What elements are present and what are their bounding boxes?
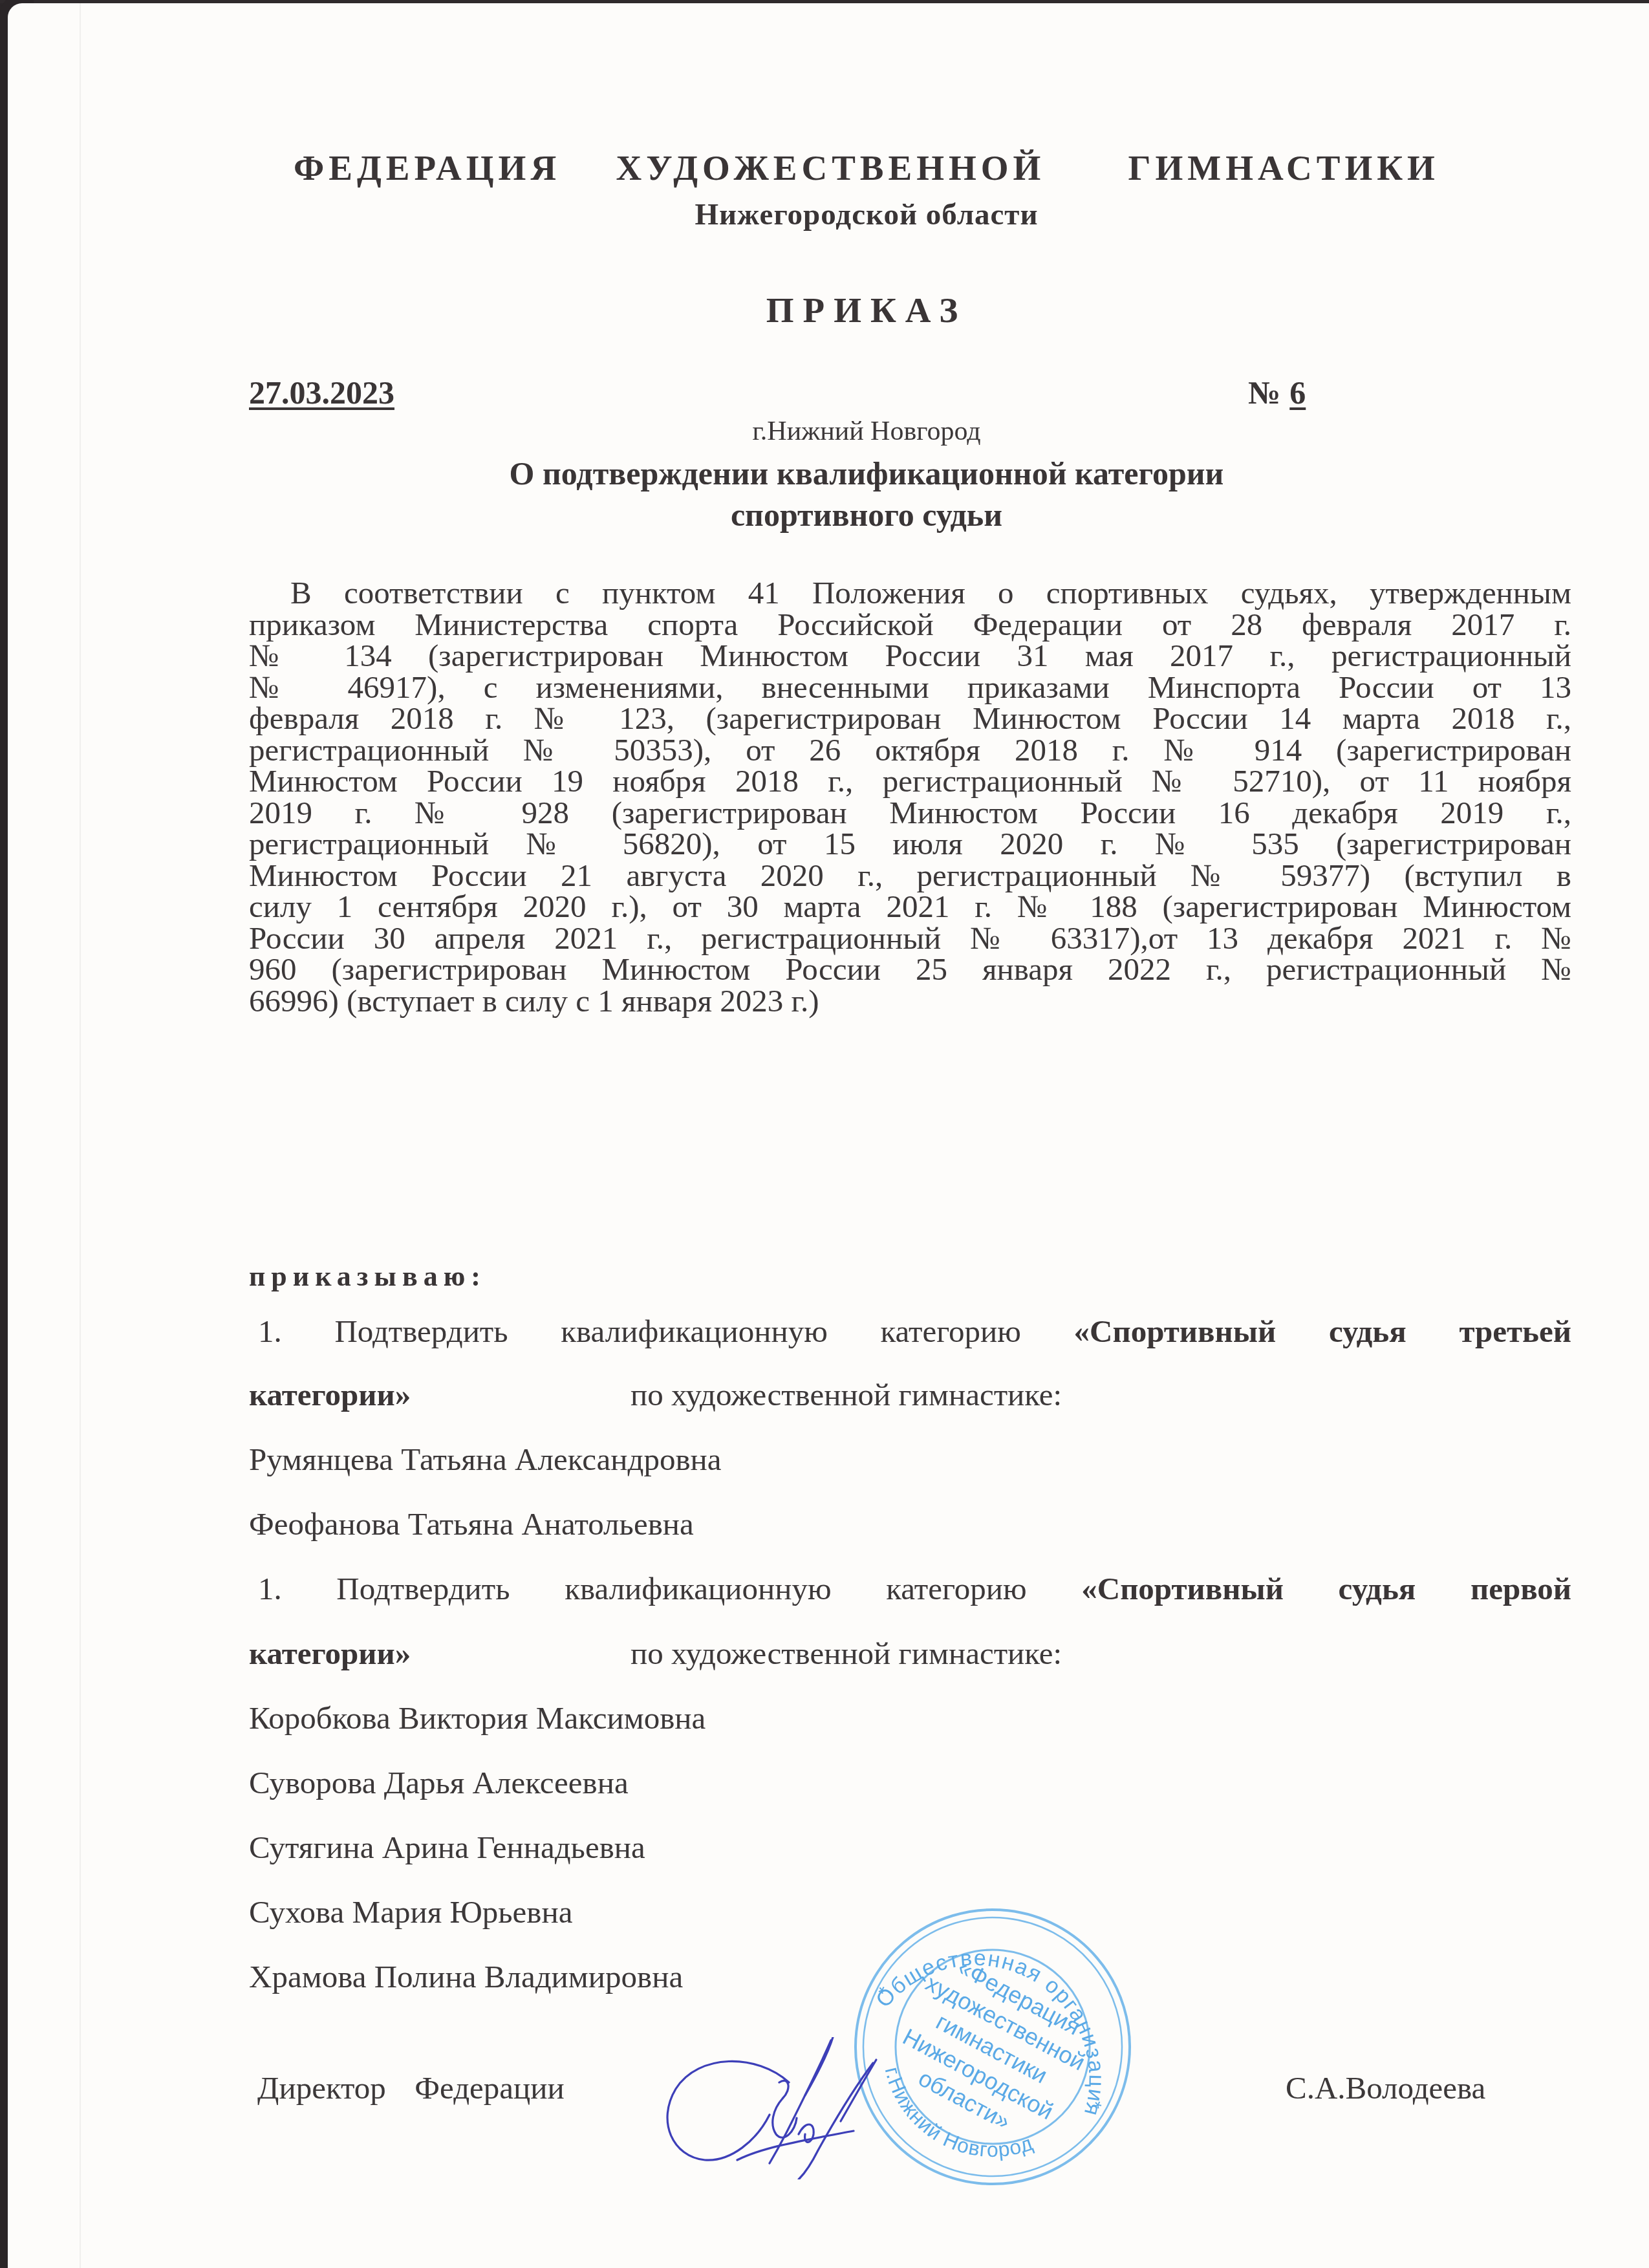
organization-stamp: Общественная организация г.Нижний Новгор… bbox=[850, 1905, 1135, 2189]
preamble-line: регистрационный № 50353), от 26 октября … bbox=[249, 735, 1571, 766]
judge-name: Коробкова Виктория Максимовна bbox=[249, 1700, 706, 1736]
item-1-category: «Спортивный судья третьей bbox=[1074, 1313, 1571, 1349]
order-subject: О подтверждении квалификационной категор… bbox=[246, 453, 1487, 535]
preamble-line: 66996) (вступает в силу с 1 января 2023 … bbox=[249, 986, 1571, 1017]
subject-line-2: спортивного судьи bbox=[246, 494, 1487, 535]
scan-border-top bbox=[0, 0, 1649, 3]
preamble-line: № 134 (зарегистрирован Минюстом России 3… bbox=[249, 640, 1571, 672]
scan-corner bbox=[8, 3, 34, 29]
judge-name: Храмова Полина Владимировна bbox=[249, 1958, 683, 1995]
preamble-line: России 30 апреля 2021 г., регистрационны… bbox=[249, 923, 1571, 955]
number-value: 6 bbox=[1289, 374, 1306, 411]
scan-border-left bbox=[0, 0, 8, 2268]
judge-name: Сухова Мария Юрьевна bbox=[249, 1894, 572, 1930]
item-2-discipline: по художественной гимнастике: bbox=[630, 1636, 1062, 1671]
subject-line-1: О подтверждении квалификационной категор… bbox=[246, 453, 1487, 494]
item-1-heading: 1. Подтвердить квалификационную категори… bbox=[249, 1313, 1571, 1350]
preamble-line: регистрационный № 56820), от 15 июля 202… bbox=[249, 828, 1571, 860]
paper-edge bbox=[80, 3, 81, 2268]
preamble-line: 2019 г. № 928 (зарегистрирован Минюстом … bbox=[249, 797, 1571, 829]
judge-name: Румянцева Татьяна Александровна bbox=[249, 1441, 722, 1478]
item-1-category-line: категории»по художественной гимнастике: bbox=[249, 1376, 1062, 1413]
preamble-line: № 46917), с изменениями, внесенными прик… bbox=[249, 672, 1571, 704]
preamble-line: приказом Министерства спорта Российской … bbox=[249, 609, 1571, 641]
preamble-line: Минюстом России 21 августа 2020 г., реги… bbox=[249, 860, 1571, 892]
preamble-line: силу 1 сентября 2020 г.), от 30 марта 20… bbox=[249, 891, 1571, 923]
org-title: ФЕДЕРАЦИЯ ХУДОЖЕСТВЕННОЙ ГИМНАСТИКИ bbox=[246, 147, 1487, 188]
document-type: ПРИКАЗ bbox=[246, 290, 1487, 330]
item-2-category: «Спортивный судья первой bbox=[1081, 1571, 1571, 1606]
item-2-category-end: категории» bbox=[249, 1635, 630, 1672]
preamble: В соответствии с пунктом 41 Положения о … bbox=[249, 578, 1571, 1017]
org-subtitle: Нижегородской области bbox=[246, 197, 1487, 232]
judge-name: Феофанова Татьяна Анатольевна bbox=[249, 1506, 694, 1542]
handwritten-signature bbox=[660, 2037, 892, 2179]
preamble-line: 960 (зарегистрирован Минюстом России 25 … bbox=[249, 954, 1571, 986]
number-sign: № bbox=[1248, 374, 1280, 411]
order-number: №6 bbox=[1248, 374, 1306, 411]
judge-name: Сутягина Арина Геннадьевна bbox=[249, 1829, 645, 1866]
item-1-category-end: категории» bbox=[249, 1376, 630, 1413]
city: г.Нижний Новгород bbox=[246, 416, 1487, 447]
order-word: приказываю: bbox=[249, 1260, 486, 1293]
item-2-heading: 1. Подтвердить квалификационную категори… bbox=[249, 1570, 1571, 1607]
signatory-name: С.А.Володеева bbox=[1286, 2069, 1485, 2106]
item-1-prefix: 1. Подтвердить квалификационную категори… bbox=[249, 1313, 1021, 1349]
order-date: 27.03.2023 bbox=[249, 374, 394, 411]
item-1-discipline: по художественной гимнастике: bbox=[630, 1377, 1062, 1412]
item-2-category-line: категории»по художественной гимнастике: bbox=[249, 1635, 1062, 1672]
preamble-line: февраля 2018 г. № 123, (зарегистрирован … bbox=[249, 703, 1571, 735]
preamble-line: В соответствии с пунктом 41 Положения о … bbox=[249, 578, 1571, 609]
signatory-title: Директор Федерации bbox=[257, 2069, 565, 2106]
judge-name: Суворова Дарья Алексеевна bbox=[249, 1764, 629, 1801]
preamble-line: Минюстом России 19 ноября 2018 г., регис… bbox=[249, 766, 1571, 797]
item-2-prefix: 1. Подтвердить квалификационную категори… bbox=[249, 1571, 1027, 1606]
